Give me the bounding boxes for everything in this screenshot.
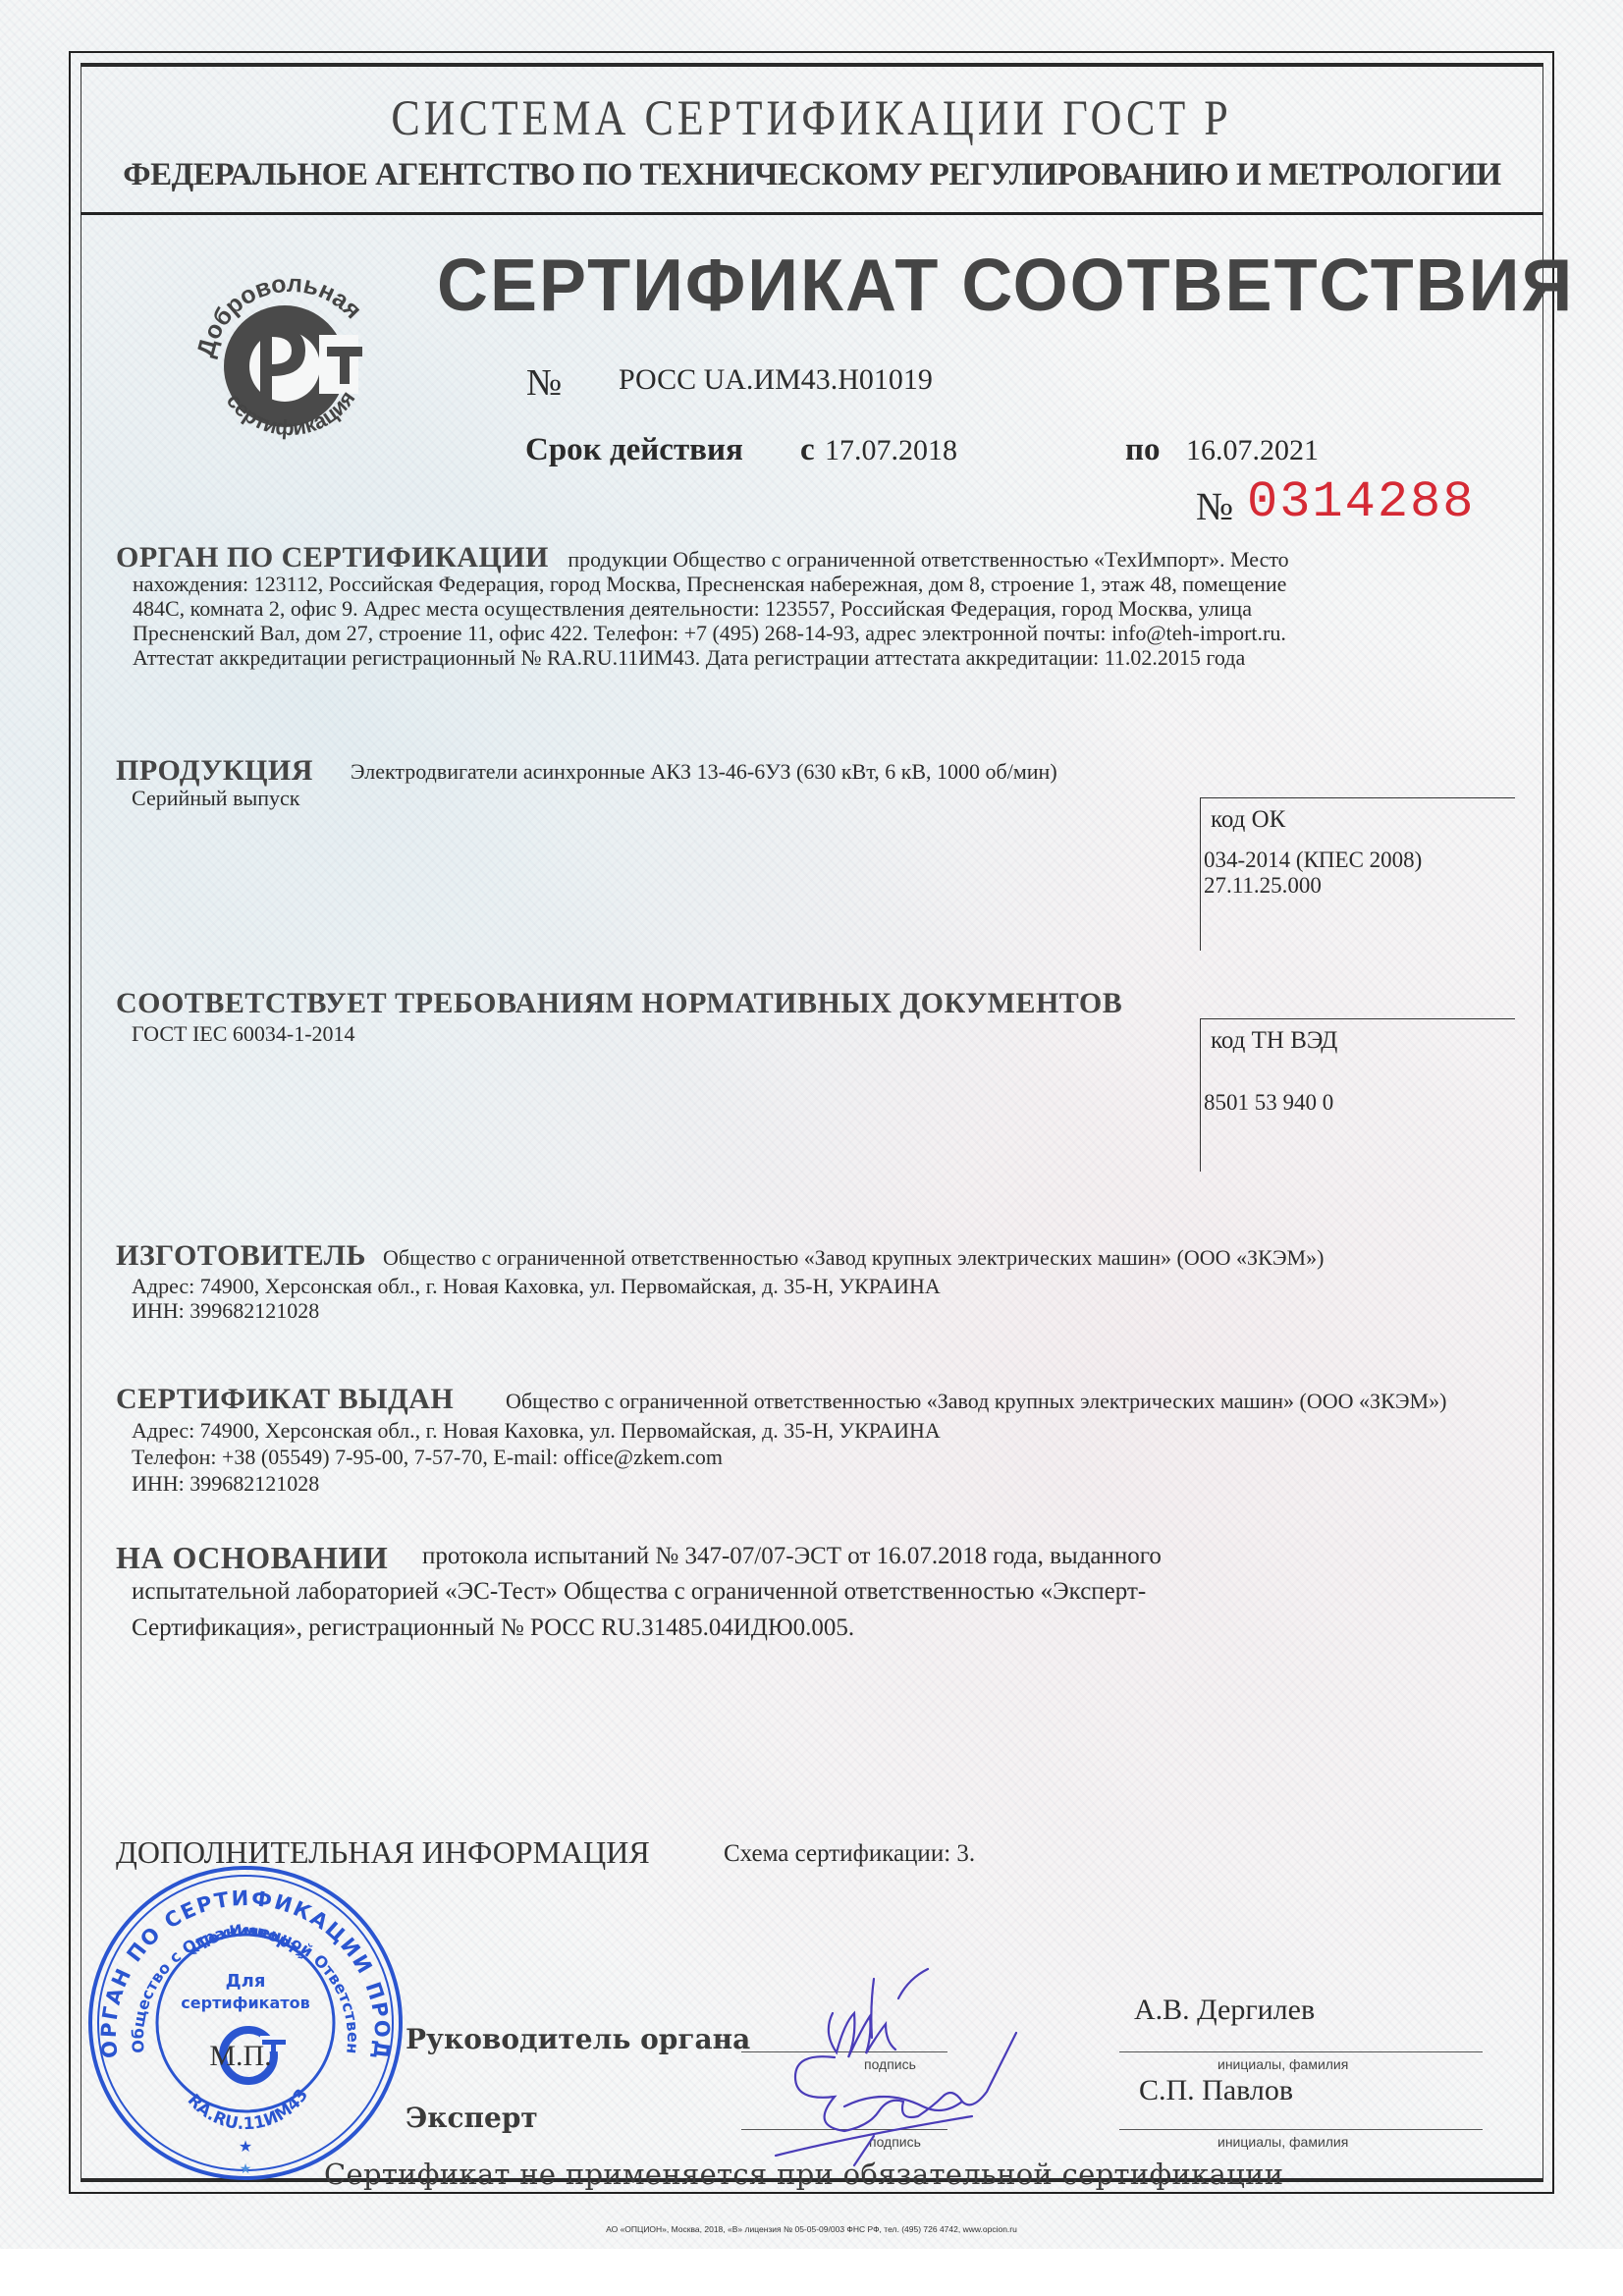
expert-name: С.П. Павлов	[1139, 2074, 1293, 2107]
certificate-title: СЕРТИФИКАТ СООТВЕТСТВИЯ	[437, 244, 1574, 328]
printer-imprint: АО «ОПЦИОН», Москва, 2018, «В» лицензия …	[0, 2224, 1623, 2234]
system-title: СИСТЕМА СЕРТИФИКАЦИИ ГОСТ Р	[0, 89, 1623, 147]
head-name: А.В. Дергилев	[1134, 1994, 1315, 2027]
disclaimer: Сертификат не применяется при обязательн…	[324, 2158, 1283, 2191]
svg-text:«ТехИмпорт»: «ТехИмпорт»	[185, 1921, 311, 1965]
agency-name: ФЕДЕРАЛЬНОЕ АГЕНТСТВО ПО ТЕХНИЧЕСКОМУ РЕ…	[81, 157, 1543, 193]
stamp-mp-label: М.П.	[209, 2040, 271, 2072]
valid-to-date: 16.07.2021	[1186, 434, 1319, 467]
valid-from-label: с	[800, 432, 815, 468]
certification-body-section: ОРГАН ПО СЕРТИФИКАЦИИ продукции Общество…	[116, 545, 1471, 670]
rst-logo-icon: Добровольная сертификация	[191, 241, 388, 457]
head-signature-line	[741, 2051, 947, 2052]
svg-text:★: ★	[239, 2139, 252, 2156]
certification-stamp-icon: ОРГАН ПО СЕРТИФИКАЦИИ ПРОДУКЦИИ Общество…	[83, 1861, 407, 2185]
manufacturer-address: Адрес: 74900, Херсонская обл., г. Новая …	[132, 1274, 941, 1298]
head-name-line	[1119, 2051, 1483, 2052]
expert-signature-caption: подпись	[869, 2134, 921, 2150]
manufacturer-inn: ИНН: 399682121028	[132, 1298, 319, 1323]
ok-code-line: 034-2014 (КПЕС 2008)	[1204, 847, 1422, 873]
svg-text:★: ★	[240, 2162, 252, 2177]
basis-line: Сертификация», регистрационный № РОСС RU…	[132, 1615, 854, 1640]
expert-name-caption: инициалы, фамилия	[1217, 2134, 1348, 2150]
page-margin	[0, 2249, 1623, 2296]
stamp-company: «ТехИмпорт»	[185, 1921, 311, 1965]
ok-code-box: код ОК 034-2014 (КПЕС 2008) 27.11.25.000	[1200, 797, 1515, 951]
issued-to-heading: СЕРТИФИКАТ ВЫДАН	[116, 1383, 454, 1416]
ok-code-line: 27.11.25.000	[1204, 873, 1322, 899]
stamp-center-line1: Для	[226, 1971, 266, 1992]
certification-body-heading: ОРГАН ПО СЕРТИФИКАЦИИ	[116, 541, 549, 574]
number-sign: №	[526, 361, 562, 405]
issued-to-name: Общество с ограниченной ответственностью…	[506, 1389, 1446, 1413]
basis-line: испытательной лабораторией «ЭС-Тест» Общ…	[132, 1579, 1146, 1604]
certification-body-line: нахождения: 123112, Российская Федерация…	[116, 572, 1471, 596]
certification-body-line: Пресненский Вал, дом 27, строение 11, оф…	[116, 621, 1471, 645]
tnved-code-value: 8501 53 940 0	[1204, 1090, 1333, 1116]
product-release-type: Серийный выпуск	[132, 786, 299, 810]
manufacturer-heading: ИЗГОТОВИТЕЛЬ	[116, 1239, 366, 1273]
certification-body-line: 484С, комната 2, офис 9. Адрес места осу…	[116, 596, 1471, 621]
validity-label: Срок действия	[525, 432, 743, 468]
tnved-code-box: код ТН ВЭД 8501 53 940 0	[1200, 1018, 1515, 1172]
head-signature-caption: подпись	[864, 2056, 916, 2072]
expert-signature-line	[741, 2129, 947, 2130]
compliance-heading: СООТВЕТСТВУЕТ ТРЕБОВАНИЯМ НОРМАТИВНЫХ ДО…	[116, 987, 1122, 1020]
product-description: Электродвигатели асинхронные АКЗ 13-46-6…	[351, 759, 1057, 784]
expert-label: Эксперт	[406, 2102, 538, 2134]
valid-to-label: по	[1125, 432, 1161, 468]
blank-serial-number: 0314288	[1247, 473, 1475, 531]
issued-to-inn: ИНН: 399682121028	[132, 1471, 319, 1496]
stamp-registration: RA.RU.11ИМ43	[184, 2086, 312, 2135]
manufacturer-name: Общество с ограниченной ответственностью…	[383, 1245, 1324, 1270]
basis-line: протокола испытаний № 347-07/07-ЭСТ от 1…	[422, 1544, 1162, 1568]
head-name-caption: инициалы, фамилия	[1217, 2056, 1348, 2072]
basis-heading: НА ОСНОВАНИИ	[116, 1540, 388, 1576]
compliance-standard: ГОСТ IEC 60034-1-2014	[132, 1021, 355, 1046]
valid-from-date: 17.07.2018	[825, 434, 957, 467]
issued-to-phone: Телефон: +38 (05549) 7-95-00, 7-57-70, E…	[132, 1445, 723, 1469]
header-divider	[81, 212, 1543, 215]
certificate-number: РОСС UA.ИМ43.Н01019	[619, 363, 933, 397]
ok-code-label: код ОК	[1211, 806, 1285, 834]
blank-number-sign: №	[1196, 483, 1233, 529]
tnved-code-label: код ТН ВЭД	[1211, 1027, 1337, 1055]
svg-text:RA.RU.11ИМ43: RA.RU.11ИМ43	[184, 2086, 312, 2135]
stamp-center-line2: сертификатов	[181, 1994, 309, 2012]
expert-name-line	[1119, 2129, 1483, 2130]
product-heading: ПРОДУКЦИЯ	[116, 754, 313, 788]
issued-to-address: Адрес: 74900, Херсонская обл., г. Новая …	[132, 1418, 941, 1443]
certification-body-line: Аттестат аккредитации регистрационный № …	[116, 645, 1471, 670]
additional-info-text: Схема сертификации: 3.	[724, 1841, 975, 1866]
head-of-body-label: Руководитель органа	[406, 2023, 750, 2055]
certification-body-line: продукции Общество с ограниченной ответс…	[568, 547, 1288, 572]
